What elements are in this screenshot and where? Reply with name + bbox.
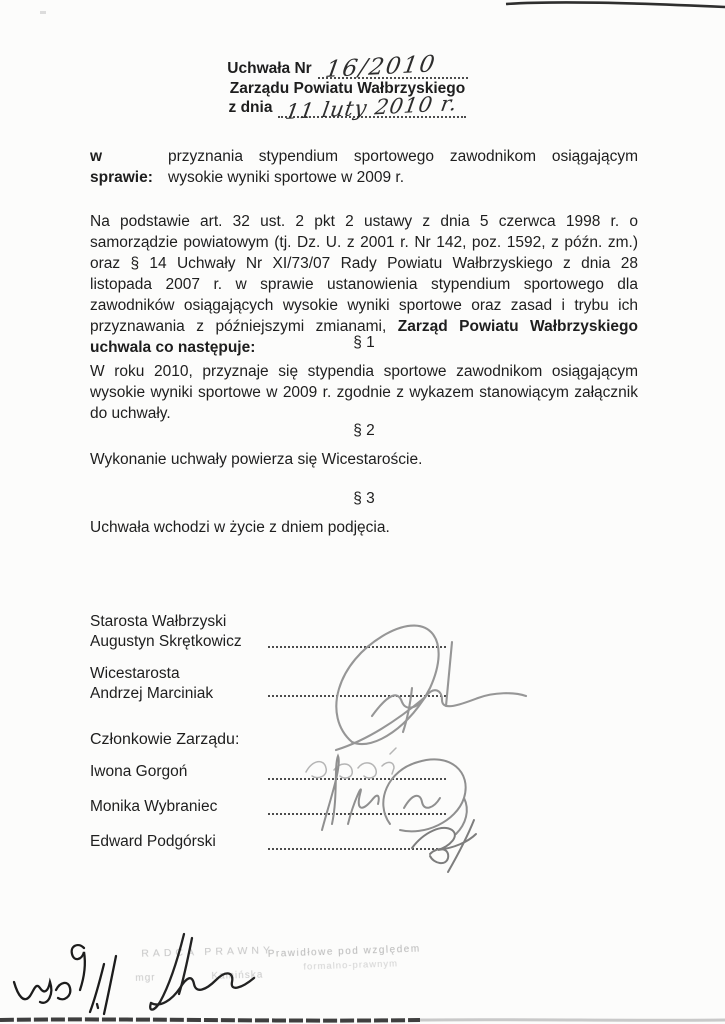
section-2-text: Wykonanie uchwały powierza się Wicestaro… <box>90 449 638 470</box>
signature-dotted-line <box>268 813 446 815</box>
legal-counsel-degree: mgr <box>135 972 156 984</box>
official-title: Wicestarosta <box>90 664 638 684</box>
signature-row-wicestarosta: Wicestarosta Andrzej Marciniak <box>90 664 638 704</box>
signature-row-member-2: Monika Wybraniec <box>90 797 638 817</box>
signature-row-member-3: Edward Podgórski <box>90 832 638 852</box>
subject-label: w sprawie: <box>90 146 168 188</box>
document-header: Uchwała Nr 16/2010 Zarządu Powiatu Wałbr… <box>0 59 695 118</box>
section-1-text: W roku 2010, przyznaje się stypendia spo… <box>90 361 638 424</box>
official-title: Starosta Wałbrzyski <box>90 612 638 632</box>
scan-artifact-bottom-edge-light <box>420 1020 725 1021</box>
board-members-label: Członkowie Zarządu: <box>90 731 638 749</box>
scan-artifact-bottom-edge-dark <box>0 1019 420 1020</box>
legal-counsel-stamp-title: RADCA PRAWNY <box>133 944 283 960</box>
formal-approval-stamp: Prawidłowe pod względem formalno-prawnym <box>268 943 434 974</box>
signature-row-member-1: Iwona Gorgoń <box>90 762 638 782</box>
handwritten-date: 11 luty 2010 r. <box>284 94 459 122</box>
signature-dotted-line <box>268 695 446 697</box>
date-line: z dnia 11 luty 2010 r. <box>0 98 695 118</box>
subject-block: w sprawie: przyznania stypendium sportow… <box>90 146 638 188</box>
scanned-resolution-document: Uchwała Nr 16/2010 Zarządu Powiatu Wałbr… <box>0 0 725 1024</box>
section-3-text: Uchwała wchodzi w życie z dniem podjęcia… <box>90 517 638 538</box>
preamble-text: Na podstawie art. 32 ust. 2 pkt 2 ustawy… <box>90 213 638 335</box>
signature-row-starosta: Starosta Wałbrzyski Augustyn Skrętkowicz <box>90 612 638 652</box>
handwritten-scribbles-bottom-left <box>14 945 116 1014</box>
signature-dotted-line <box>268 848 446 850</box>
formal-approval-stamp-line2: formalno-prawnym <box>268 957 433 974</box>
section-1-number: § 1 <box>90 334 638 352</box>
subject-text: przyznania stypendium sportowego zawodni… <box>168 146 638 188</box>
legal-counsel-stamp: RADCA PRAWNY mgr Kamińska <box>133 944 284 984</box>
legal-counsel-stamp-name: mgr Kamińska <box>133 970 263 984</box>
official-name: Augustyn Skrętkowicz <box>90 632 638 652</box>
legal-counsel-surname: Kamińska <box>211 970 263 982</box>
handwritten-resolution-number: 16/2010 <box>324 55 438 80</box>
section-2-number: § 2 <box>90 422 638 440</box>
resolution-number-label: Uchwała Nr <box>227 59 311 79</box>
date-label: z dnia <box>229 98 273 118</box>
signature-dotted-line <box>268 778 446 780</box>
section-3-number: § 3 <box>90 490 638 508</box>
preamble-paragraph: Na podstawie art. 32 ust. 2 pkt 2 ustawy… <box>90 190 638 358</box>
resolution-number-line: Uchwała Nr 16/2010 <box>0 59 695 79</box>
date-dotted-fill: 11 luty 2010 r. <box>278 101 466 118</box>
official-name: Andrzej Marciniak <box>90 684 638 704</box>
resolution-number-dotted-fill: 16/2010 <box>318 62 468 79</box>
scan-artifact-top-edge <box>506 2 725 7</box>
signature-dotted-line <box>268 646 446 648</box>
scan-artifact-speck <box>40 11 46 14</box>
